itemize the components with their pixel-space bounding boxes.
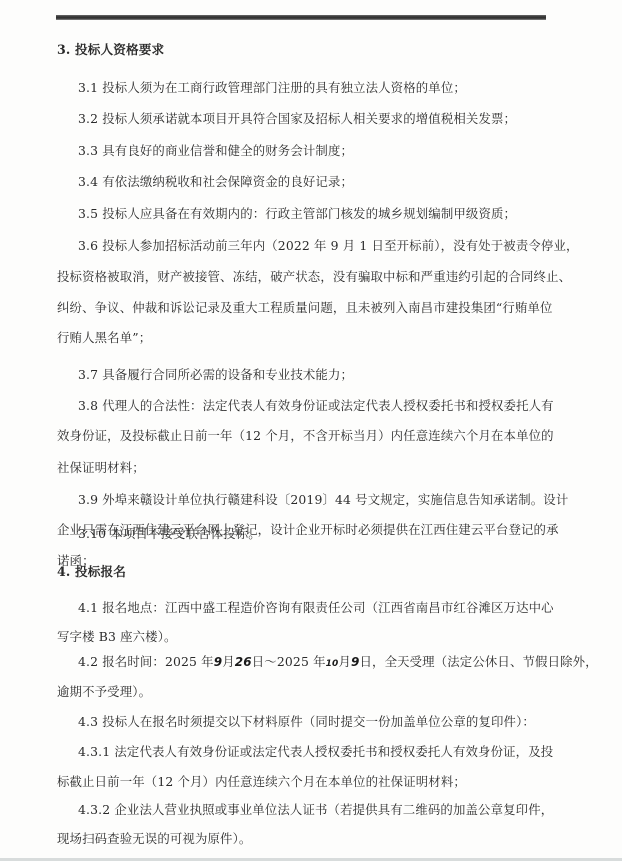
month-label-2: 月 [338, 654, 351, 669]
clause-3-8-line-3: 社保证明材料； [57, 460, 145, 476]
clause-4-3-1-line-2: 标截止日前一年（12 个月）内任意连续六个月在本单位的社保证明材料； [57, 774, 466, 790]
clause-4-3: 4.3 投标人在报名时须提交以下材料原件（同时提交一份加盖单位公章的复印件）： [78, 714, 535, 730]
clause-4-3-2-line-1: 4.3.2 企业法人营业执照或事业单位法人证书（若提供具有二维码的加盖公章复印件… [78, 802, 553, 818]
clause-4-3-1-line-1: 4.3.1 法定代表人有效身份证或法定代表人授权委托书和授权委托人有效身份证，及… [78, 744, 553, 760]
clause-4-2-line-2: 逾期不予受理）。 [57, 684, 151, 700]
clause-4-3-2-line-2: 现场扫码查验无误的可视为原件）。 [57, 831, 251, 847]
clause-3-9-line-1: 3.9 外埠来赣设计单位执行赣建科设〔2019〕44 号文规定，实施信息告知承诺… [78, 492, 568, 508]
clause-4-1-line-1: 4.1 报名地点：江西中盛工程造价咨询有限责任公司（江西省南昌市红谷滩区万达中心 [78, 600, 554, 616]
clause-4-1-line-2: 写字楼 B3 座六楼）。 [57, 629, 177, 645]
clause-3-8-line-1: 3.8 代理人的合法性：法定代表人有效身份证或法定代表人授权委托书和授权委托人有 [78, 398, 554, 414]
registration-time-prefix: 4.2 报名时间：2025 年 [78, 654, 214, 669]
clause-3-4: 3.4 有依法缴纳税收和社会保障资金的良好记录； [78, 174, 353, 190]
clause-3-2: 3.2 投标人须承诺就本项目开具符合国家及招标人相关要求的增值税相关发票； [78, 111, 516, 127]
clause-3-1: 3.1 投标人须为在工商行政管理部门注册的具有独立法人资格的单位； [78, 80, 466, 96]
clause-3-6-line-2: 投标资格被取消，财产被接管、冻结，破产状态，没有骗取中标和严重违约引起的合同终止… [57, 269, 571, 285]
clause-3-6-line-4: 行贿人黑名单”； [57, 330, 151, 346]
handwritten-end-month: 10 [326, 659, 339, 669]
clause-3-3: 3.3 具有良好的商业信誉和健全的财务会计制度； [78, 143, 353, 159]
handwritten-start-day: 26 [235, 655, 252, 669]
clause-3-10: 3.10 本项目不接受联合体投标。 [78, 526, 261, 542]
month-label: 月 [222, 654, 235, 669]
section-4-heading: 4. 投标报名 [57, 564, 126, 580]
section-3-heading: 3. 投标人资格要求 [57, 42, 164, 58]
clause-3-6-line-3: 纠纷、争议、仲裁和诉讼记录及重大工程质量问题，且未被列入南昌市建投集团“行贿单位 [57, 300, 553, 316]
registration-time-suffix: 日，全天受理（法定公休日、节假日除外， [359, 654, 597, 669]
header-rule [56, 15, 546, 20]
clause-4-2-line-1: 4.2 报名时间：2025 年9月26日～2025 年10月9日，全天受理（法定… [78, 654, 598, 672]
clause-3-5: 3.5 投标人应具备在有效期内的：行政主管部门核发的城乡规划编制甲级资质； [78, 206, 516, 222]
clause-3-6-line-1: 3.6 投标人参加招标活动前三年内（2022 年 9 月 1 日至开标前），没有… [78, 238, 579, 254]
handwritten-start-month: 9 [214, 655, 223, 669]
clause-3-8-line-2: 效身份证，及投标截止日前一年（12 个月，不含开标当月）内任意连续六个月在本单位… [57, 428, 554, 444]
clause-3-7: 3.7 具备履行合同所必需的设备和专业技术能力； [78, 367, 353, 383]
registration-time-mid: 日～2025 年 [252, 654, 326, 669]
